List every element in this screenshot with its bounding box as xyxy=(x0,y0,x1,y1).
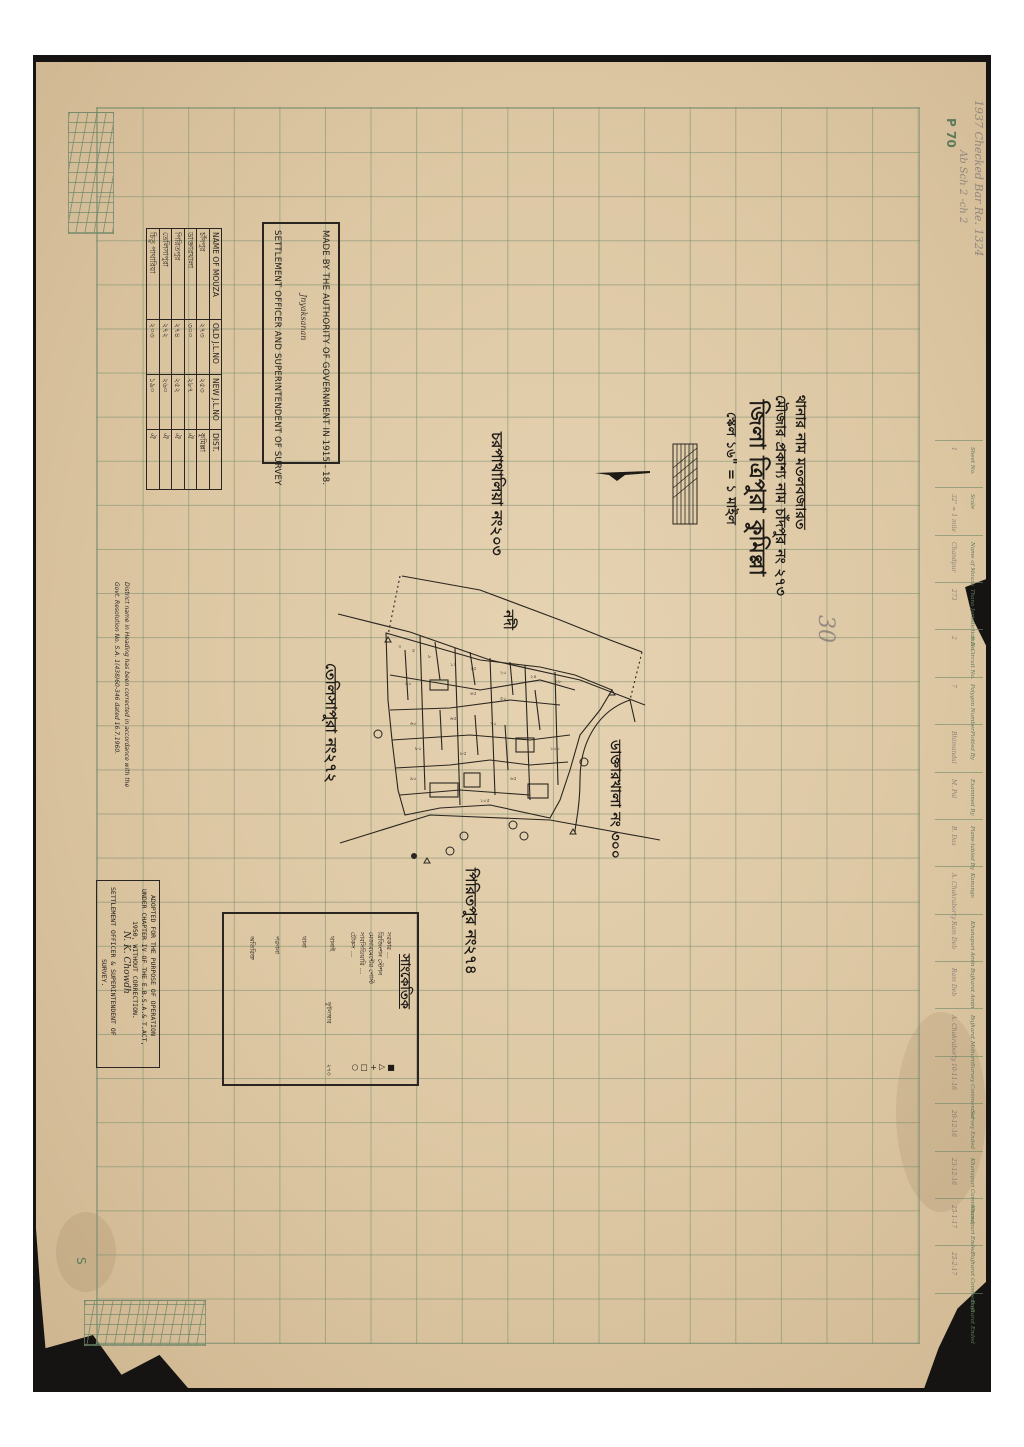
record-label: Bujharat Amin xyxy=(969,968,975,1008)
legend-box: সাংকেতিক সরকার ... ত্রিজিংশন স্টেশন মেজা… xyxy=(222,912,419,1086)
legend-title: সাংকেতিক xyxy=(393,954,414,1009)
record-label: Sheet No. xyxy=(969,447,975,475)
table-row: তেলিসাপুরা ২৭২ ২৬০ ঐ xyxy=(159,229,172,489)
stamp-signature: N. K. Chowdh xyxy=(121,931,131,994)
cell: চাঁদপুর xyxy=(197,232,207,251)
village-plot-map: ৩৫৮ ১২১৫২০ ২৪২৮৪০ ৪৫৫০৬০ ৬৫৭০৮০ ৮৫৯০৯৫ ১… xyxy=(330,540,660,870)
table-row: চিতু পাথারিয়া ২০৩ ১৯০ ঐ xyxy=(147,229,159,489)
cell: ২৭৩ xyxy=(197,323,207,338)
record-table-cell: Bujharat Ended xyxy=(935,1293,983,1341)
stamp-line: 1950, WITHOUT CORRECTION. xyxy=(131,921,139,1019)
record-label: Bujharat Ended xyxy=(969,1300,975,1344)
cell: ঐ xyxy=(185,433,195,439)
svg-text:৮৫: ৮৫ xyxy=(460,751,467,757)
record-value: B. Das xyxy=(950,826,957,846)
legend-symbol-icon: ○ xyxy=(351,1064,360,1071)
svg-text:৯৫: ৯৫ xyxy=(510,776,517,782)
cell: ২৬০ xyxy=(160,378,170,393)
corner-scale-grid-top xyxy=(68,112,114,234)
record-label: Examined By xyxy=(969,779,975,816)
cell: ২৭২ xyxy=(160,323,170,338)
svg-text:৮: ৮ xyxy=(428,654,432,660)
header-cell: NAME OF MOUZA xyxy=(211,232,220,297)
record-table-cell: Scale32" = 1 mile xyxy=(935,487,983,535)
svg-text:৪০: ৪০ xyxy=(405,681,412,687)
svg-text:২০: ২০ xyxy=(500,670,507,676)
header-cell: DIST. xyxy=(211,433,220,452)
record-label: Name of Mouza xyxy=(969,542,975,586)
svg-text:১২: ১২ xyxy=(450,662,457,668)
record-value: 2 xyxy=(950,636,957,640)
record-table-cell: Khanapuri AminRam Deb xyxy=(935,914,983,962)
record-table-cell: Khanapuri Ended25-1-17 xyxy=(935,1198,983,1246)
sheet-code: P 70 xyxy=(944,118,958,148)
record-value: 273 xyxy=(950,589,957,600)
legend-footnote: ফুটনাম্বার xyxy=(323,1002,334,1024)
table-row: পিরিতপুর ২৭৪ ২৫২ ঐ xyxy=(171,229,184,489)
header-cell: OLD J.L.NO xyxy=(211,323,220,364)
stamp-line: SETTLEMENT OFFICER & SUPERINTENDENT OF xyxy=(109,887,117,1036)
boundary-label-south: পিরিতপুর নং২৭৪ xyxy=(457,868,482,975)
record-value: Chandpur xyxy=(950,542,957,572)
cell: ২৫৩ xyxy=(197,378,207,393)
record-value: 23-12-16 xyxy=(950,1158,957,1185)
record-table-cell: Survey Commenced10-11-16 xyxy=(935,1056,983,1104)
table-row: ডাক্তারখালা ৩০০ ২৮৭ ঐ xyxy=(184,229,197,489)
adoption-stamp: ADOPTED FOR THE PURPOSE OF OPERATION UND… xyxy=(96,880,160,1068)
record-value: M. Pal xyxy=(950,779,957,798)
scale-bar-icon xyxy=(655,420,725,530)
cell: ঐ xyxy=(160,433,170,439)
record-table-cell: Examined ByM. Pal xyxy=(935,772,983,820)
record-table-cell: Polygon Number7 xyxy=(935,677,983,725)
table-row: চাঁদপুর ২৭৩ ২৫৩ কুমিল্লা xyxy=(196,229,209,489)
district-title: জিলা ত্রিপুরা কুমিল্লা xyxy=(737,400,774,576)
cell: কুমিল্লা xyxy=(197,433,207,452)
corner-scale-grid-bottom xyxy=(84,1300,206,1346)
record-table-cell: Name of MouzaChandpur xyxy=(935,535,983,583)
stamp-line: ADOPTED FOR THE PURPOSE OF OPERATION xyxy=(149,895,157,1036)
record-label: Plane-tabled By xyxy=(969,826,975,870)
record-label: Survey Ended xyxy=(969,1110,975,1149)
cell: ঐ xyxy=(147,433,157,439)
record-table-cell: Sheet No.1 xyxy=(935,440,983,488)
cell: ঐ xyxy=(172,433,182,439)
cell: ২৭৪ xyxy=(172,323,182,338)
svg-text:২৮: ২৮ xyxy=(555,679,562,685)
header-cell: NEW J.L.NO xyxy=(211,378,220,421)
legend-row: অতিরিক্ত xyxy=(246,936,257,960)
legend-row: পরগনা xyxy=(271,936,282,954)
legend-row: থানা xyxy=(298,936,309,948)
record-label: Khanapuri Amin xyxy=(969,921,975,966)
legend-symbol-icon: △ xyxy=(378,1064,387,1070)
record-label: Kanungo xyxy=(969,873,975,898)
svg-text:১৫: ১৫ xyxy=(470,666,477,672)
pencil-number: 30 xyxy=(813,615,838,643)
district-note: District name in Heading has been correc… xyxy=(123,582,130,787)
record-value: 20-12-16 xyxy=(950,1110,957,1137)
svg-text:২৪: ২৪ xyxy=(530,674,537,680)
legend-symbol-icon: □ xyxy=(360,1064,369,1072)
cell: পিরিতপুর xyxy=(172,232,182,260)
record-value: 25-2-17 xyxy=(950,1252,957,1275)
legend-item: চৌকস ... xyxy=(347,932,358,957)
svg-text:৪৫: ৪৫ xyxy=(470,691,477,697)
record-value: 10-11-16 xyxy=(950,1063,957,1090)
legend-row: থানাই xyxy=(326,936,337,951)
legend-symbol-icon: + xyxy=(369,1064,378,1071)
svg-text:৫: ৫ xyxy=(412,648,415,654)
pencil-note: 1937 Checked Bar Re. 1324 xyxy=(972,100,985,257)
record-value: Ram Deb xyxy=(950,921,957,949)
record-label: Plotted By xyxy=(969,731,975,760)
mouza-table-header: NAME OF MOUZA OLD J.L.NO NEW J.L.NO DIST… xyxy=(209,229,222,489)
cell: ২৫২ xyxy=(172,378,182,393)
svg-text:৯০: ৯০ xyxy=(410,776,417,782)
record-table-cell: Khanapuri Commenced23-12-16 xyxy=(935,1151,983,1199)
record-value: 32" = 1 mile xyxy=(950,494,957,532)
cell: ২০৩ xyxy=(147,323,157,338)
svg-text:৩: ৩ xyxy=(398,644,402,650)
cell: ডাক্তারখালা xyxy=(185,232,195,268)
svg-text:৬৫: ৬৫ xyxy=(450,716,457,722)
cell: ৩০০ xyxy=(185,323,195,338)
record-table-cell: KanungoA. Chakraborty xyxy=(935,866,983,914)
record-table-cell: Survey Ended20-12-16 xyxy=(935,1103,983,1151)
north-arrow-icon xyxy=(595,463,655,487)
authority-signature: Jnyaksanan xyxy=(299,294,308,340)
record-table-cell: Bujharat AminRam Deb xyxy=(935,961,983,1009)
svg-text:৭০: ৭০ xyxy=(490,721,497,727)
pencil-note: Ab Sch 2 -ch 2 xyxy=(957,150,968,223)
authority-line: SETTLEMENT OFFICER AND SUPERINTENDENT OF… xyxy=(272,230,282,485)
authority-box: MADE BY THE AUTHORITY OF GOVERNMENT IN 1… xyxy=(262,222,340,464)
cell: চিতু পাথারিয়া xyxy=(147,232,157,273)
record-value: 25-1-17 xyxy=(950,1205,957,1228)
corner-mark: S xyxy=(74,1257,88,1265)
record-table-cell: Sub Circuit No.2 xyxy=(935,629,983,677)
record-label: Scale xyxy=(969,494,975,509)
record-label: Sub Circuit No. xyxy=(969,636,975,679)
stamp-line: UNDER CHAPTER IV OF THE E.B.S.A.& T.ACT, xyxy=(140,889,148,1046)
svg-text:৮০: ৮০ xyxy=(415,746,422,752)
record-table-cell: Plotted ByBhimandal xyxy=(935,724,983,772)
cell: তেলিসাপুরা xyxy=(160,232,170,267)
mouza-table: NAME OF MOUZA OLD J.L.NO NEW J.L.NO DIST… xyxy=(146,228,222,490)
record-value: 7 xyxy=(950,684,957,688)
record-table-cell: Plane-tabled ByB. Das xyxy=(935,819,983,867)
stamp-line: SURVEY. xyxy=(100,959,108,986)
svg-text:১০০: ১০০ xyxy=(550,746,560,752)
record-table-cell: Bujharat MohurirA. Chakraborty xyxy=(935,1008,983,1056)
record-value: Ram Deb xyxy=(950,968,957,996)
record-value: Bhimandal xyxy=(950,731,957,764)
record-table-cell: Thana Jurisdiction No.273 xyxy=(935,582,983,630)
legend-footnote: ২৭৩ xyxy=(323,1064,334,1076)
legend-symbol-icon: ■ xyxy=(387,1064,396,1072)
cell: ২৮৭ xyxy=(185,378,195,393)
record-table: Sheet No.1Scale32" = 1 mileName of Mouza… xyxy=(935,440,983,1340)
cell: ১৯০ xyxy=(147,378,157,393)
record-table-cell: Bujharat Commenced25-2-17 xyxy=(935,1245,983,1293)
svg-text:৫০: ৫০ xyxy=(500,696,507,702)
svg-text:৬০: ৬০ xyxy=(410,721,417,727)
record-value: 1 xyxy=(950,447,957,451)
boundary-label-north: চরপাথালিয়া নং২০৩ xyxy=(483,432,508,556)
svg-text:১০৫: ১০৫ xyxy=(480,798,490,804)
district-note: Govt. Resolution No. S.A. 1(438)60-346 d… xyxy=(113,582,120,754)
authority-line: MADE BY THE AUTHORITY OF GOVERNMENT IN 1… xyxy=(320,230,330,485)
